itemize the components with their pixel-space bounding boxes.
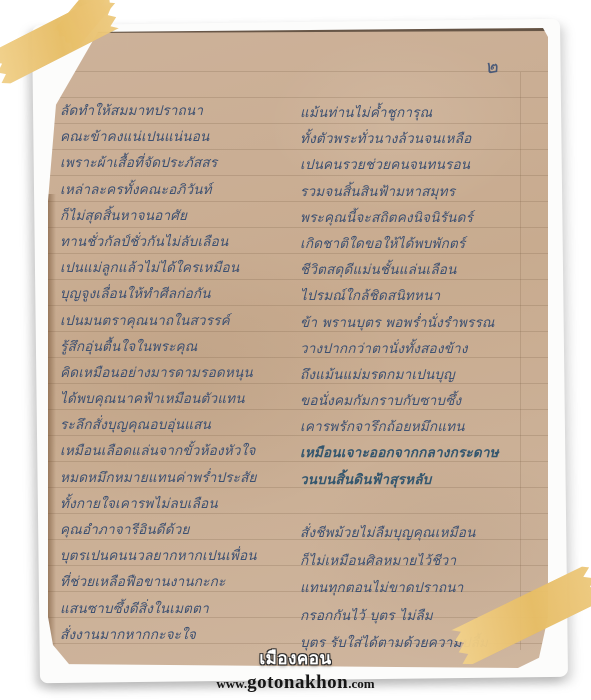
manuscript-line: ชีวิตสดุดีแม่นชั้นแล่นเลือน: [300, 257, 499, 283]
photo-of-manuscript: ลัดทำให้สมมาทปราถนา คณะข้าคงแน่เปนแน่นอน…: [0, 0, 591, 700]
manuscript-line: กรอกกันไว้ บุตร ไม่ลืม: [300, 603, 488, 631]
manuscript-line: วางปากกว่าตานั่งทั้งสองข้าง: [300, 336, 499, 362]
manuscript-line: เหมือนเลือดแล่นจากขั้วห้องหัวใจ: [60, 438, 257, 464]
manuscript-line: ลัดทำให้สมมาทปราถนา: [60, 98, 257, 124]
watermark-url: www.gotonakhon.com: [0, 673, 591, 694]
manuscript-line: เปนแม่ลูกแล้วไม่ได้ใครเหมือน: [60, 255, 257, 281]
manuscript-line: เกิดชาติใดขอให้ได้พบพักตร์: [300, 231, 499, 257]
handwriting-left-column: ลัดทำให้สมมาทปราถนา คณะข้าคงแน่เปนแน่นอน…: [60, 98, 257, 648]
manuscript-line: เพราะผ้าเสื้อที่จัดประภัสสร: [60, 150, 257, 176]
handwriting-right-column-upper: แม้นท่านไม่ค้ำชูการุณ ทั้งตัวพระทั่วนางล…: [300, 100, 499, 493]
manuscript-line: ถึงแม้นแม่มรดกมาเปนบุญ: [300, 362, 499, 388]
manuscript-line: คุณอำภาจารีอินดีด้วย: [60, 517, 257, 543]
manuscript-line: แม้นท่านไม่ค้ำชูการุณ: [300, 100, 499, 126]
watermark-url-suffix: .com: [348, 676, 374, 691]
manuscript-line: บุญจูงเลื่อนให้ทำศีลก่อกัน: [60, 281, 257, 307]
manuscript-line: ทั้งกายใจเคารพไม่ลบเลือน: [60, 491, 257, 517]
manuscript-line: ได้พบคุณนาคฟ้าเหมือนตัวแทน: [60, 386, 257, 412]
paper-left-edge: [48, 194, 56, 658]
manuscript-line: ทั้งตัวพระทั่วนางล้วนจนเหลือ: [300, 126, 499, 152]
watermark: เมืองคอน www.gotonakhon.com: [0, 645, 591, 694]
manuscript-line: ขอนั่งคมกัมกราบกับซาบซึ้ง: [300, 388, 499, 414]
watermark-url-prefix: www.: [216, 676, 247, 691]
manuscript-line: ไปรมณ์ใกล้ชิดสนิทหนา: [300, 283, 499, 309]
manuscript-line: วนบนสิ้นดินฟ้าสุรหลับ: [300, 467, 499, 493]
page-number-thai: ๒: [482, 51, 500, 83]
manuscript-line: แทนทุกตอนไม่ขาดปราถนา: [300, 575, 488, 603]
manuscript-line: คณะข้าคงแน่เปนแน่นอน: [60, 124, 257, 150]
manuscript-line: ก็ไม่สุดสิ้นหาจนอาศัย: [60, 203, 257, 229]
manuscript-line: สั่งชีพม้วยไม่ลืมบุญคุณเหมือน: [300, 520, 488, 548]
manuscript-line: พระคุณนี้จะสถิตคงนิจนิรันดร์: [300, 205, 499, 231]
manuscript-paper: ลัดทำให้สมมาทปราถนา คณะข้าคงแน่เปนแน่นอน…: [48, 28, 548, 668]
manuscript-line: บุตรเปนคนนวลยากหากเปนเพื่อน: [60, 543, 257, 569]
manuscript-line: คิดเหมือนอย่างมารดามรอดหนุน: [60, 360, 257, 386]
manuscript-line: สั่งงานมากหากกะจะใจ: [60, 622, 257, 648]
manuscript-line: ระลึกสั่งบุญคุณอบอุ่นแสน: [60, 412, 257, 438]
manuscript-line: ข้า พรานบุตร พอพร่ำนั่งรำพรรณ: [300, 310, 499, 336]
manuscript-line: เปนคนรวยช่วยคนจนทนรอน: [300, 152, 499, 178]
manuscript-line: ก็ไม่เหมือนศิลหมายไว้ชีวา: [300, 548, 488, 576]
manuscript-line: เคารพรักจารึกถ้อยหมึกแทน: [300, 414, 499, 440]
manuscript-line: เหมือนเจาะออกจากกลางกระดาษ: [300, 440, 499, 466]
watermark-site-name: เมืองคอน: [259, 645, 331, 672]
manuscript-line: ทานชั่วกัลป์ชั่วกันไม่ลับเลือน: [60, 229, 257, 255]
manuscript-line: แสนซาบซึ้งดีสิ่งในเมตตา: [60, 596, 257, 622]
manuscript-line: รวมจนสิ้นสินฟ้ามหาสมุทร: [300, 179, 499, 205]
manuscript-line: เปนมนตราคุณนาถในสวรรค์: [60, 308, 257, 334]
watermark-url-main: gotonakhon: [247, 672, 348, 693]
manuscript-line: เหล่าละครทั้งคณะอภิวันท์: [60, 177, 257, 203]
manuscript-line: หมดหมึกหมายแทนค่าพร่ำประสัย: [60, 465, 257, 491]
manuscript-line: ที่ช่วยเหลือฟือขานงานกะกะ: [60, 569, 257, 595]
manuscript-line: รู้สึกอุ่นตื้นใจในพระคุณ: [60, 334, 257, 360]
